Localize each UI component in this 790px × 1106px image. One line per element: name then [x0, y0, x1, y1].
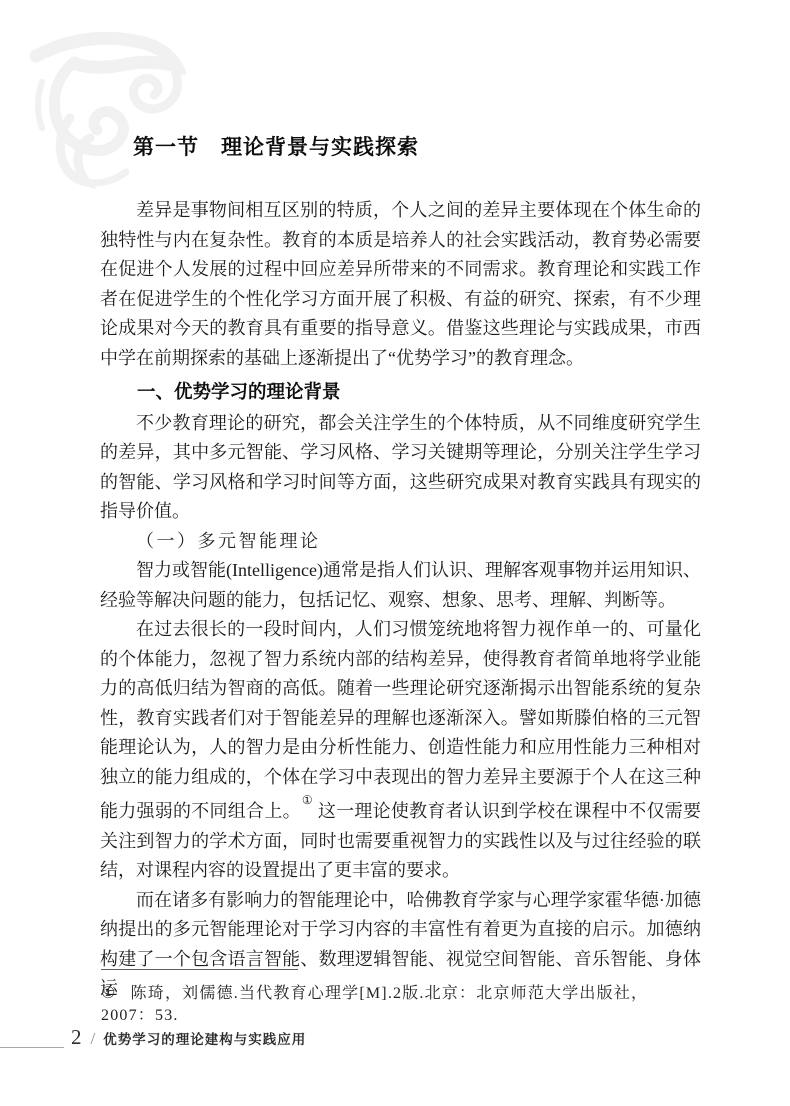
heading-theory-background: 一、优势学习的理论背景 [100, 377, 701, 407]
book-page: 第一节 理论背景与实践探索 差异是事物间相互区别的特质，个人之间的差异主要体现在… [0, 0, 790, 1106]
footnote-separator [101, 969, 298, 970]
footer-rule [0, 1047, 64, 1048]
footnote-reference: ① [302, 793, 313, 807]
page-content: 第一节 理论背景与实践探索 差异是事物间相互区别的特质，个人之间的差异主要体现在… [100, 136, 701, 1004]
footnote-text: 陈琦，刘儒德.当代教育心理学[M].2版.北京：北京师范大学出版社，2007：5… [101, 985, 648, 1024]
intro-paragraph: 差异是事物间相互区别的特质，个人之间的差异主要体现在个体生命的独特性与内在复杂性… [100, 196, 701, 373]
footnote-marker: ① [101, 985, 117, 1002]
footnote: ①陈琦，刘儒德.当代教育心理学[M].2版.北京：北京师范大学出版社，2007：… [101, 983, 702, 1027]
paragraph-part-before-footnote: 在过去很长的一段时间内，人们习惯笼统地将智力视作单一的、可量化的个体能力，忽视了… [100, 619, 701, 821]
section-title: 第一节 理论背景与实践探索 [100, 136, 701, 160]
page-footer: 2 / 优势学习的理论建构与实践应用 [71, 1027, 306, 1049]
page-number: 2 [71, 1027, 82, 1048]
section-one-paragraph: 不少教育理论的研究，都会关注学生的个体特质，从不同维度研究学生的差异，其中多元智… [100, 409, 701, 527]
footer-book-title: 优势学习的理论建构与实践应用 [103, 1028, 306, 1048]
footer-divider: / [91, 1029, 96, 1049]
footnote-block: ①陈琦，刘儒德.当代教育心理学[M].2版.北京：北京师范大学出版社，2007：… [101, 969, 702, 1027]
subheading-multiple-intelligence: （一）多元智能理论 [100, 527, 701, 557]
paragraph-with-footnote: 在过去很长的一段时间内，人们习惯笼统地将智力视作单一的、可量化的个体能力，忽视了… [100, 615, 701, 886]
paragraph-intelligence-definition: 智力或智能(Intelligence)通常是指人们认识、理解客观事物并运用知识、… [100, 556, 701, 615]
